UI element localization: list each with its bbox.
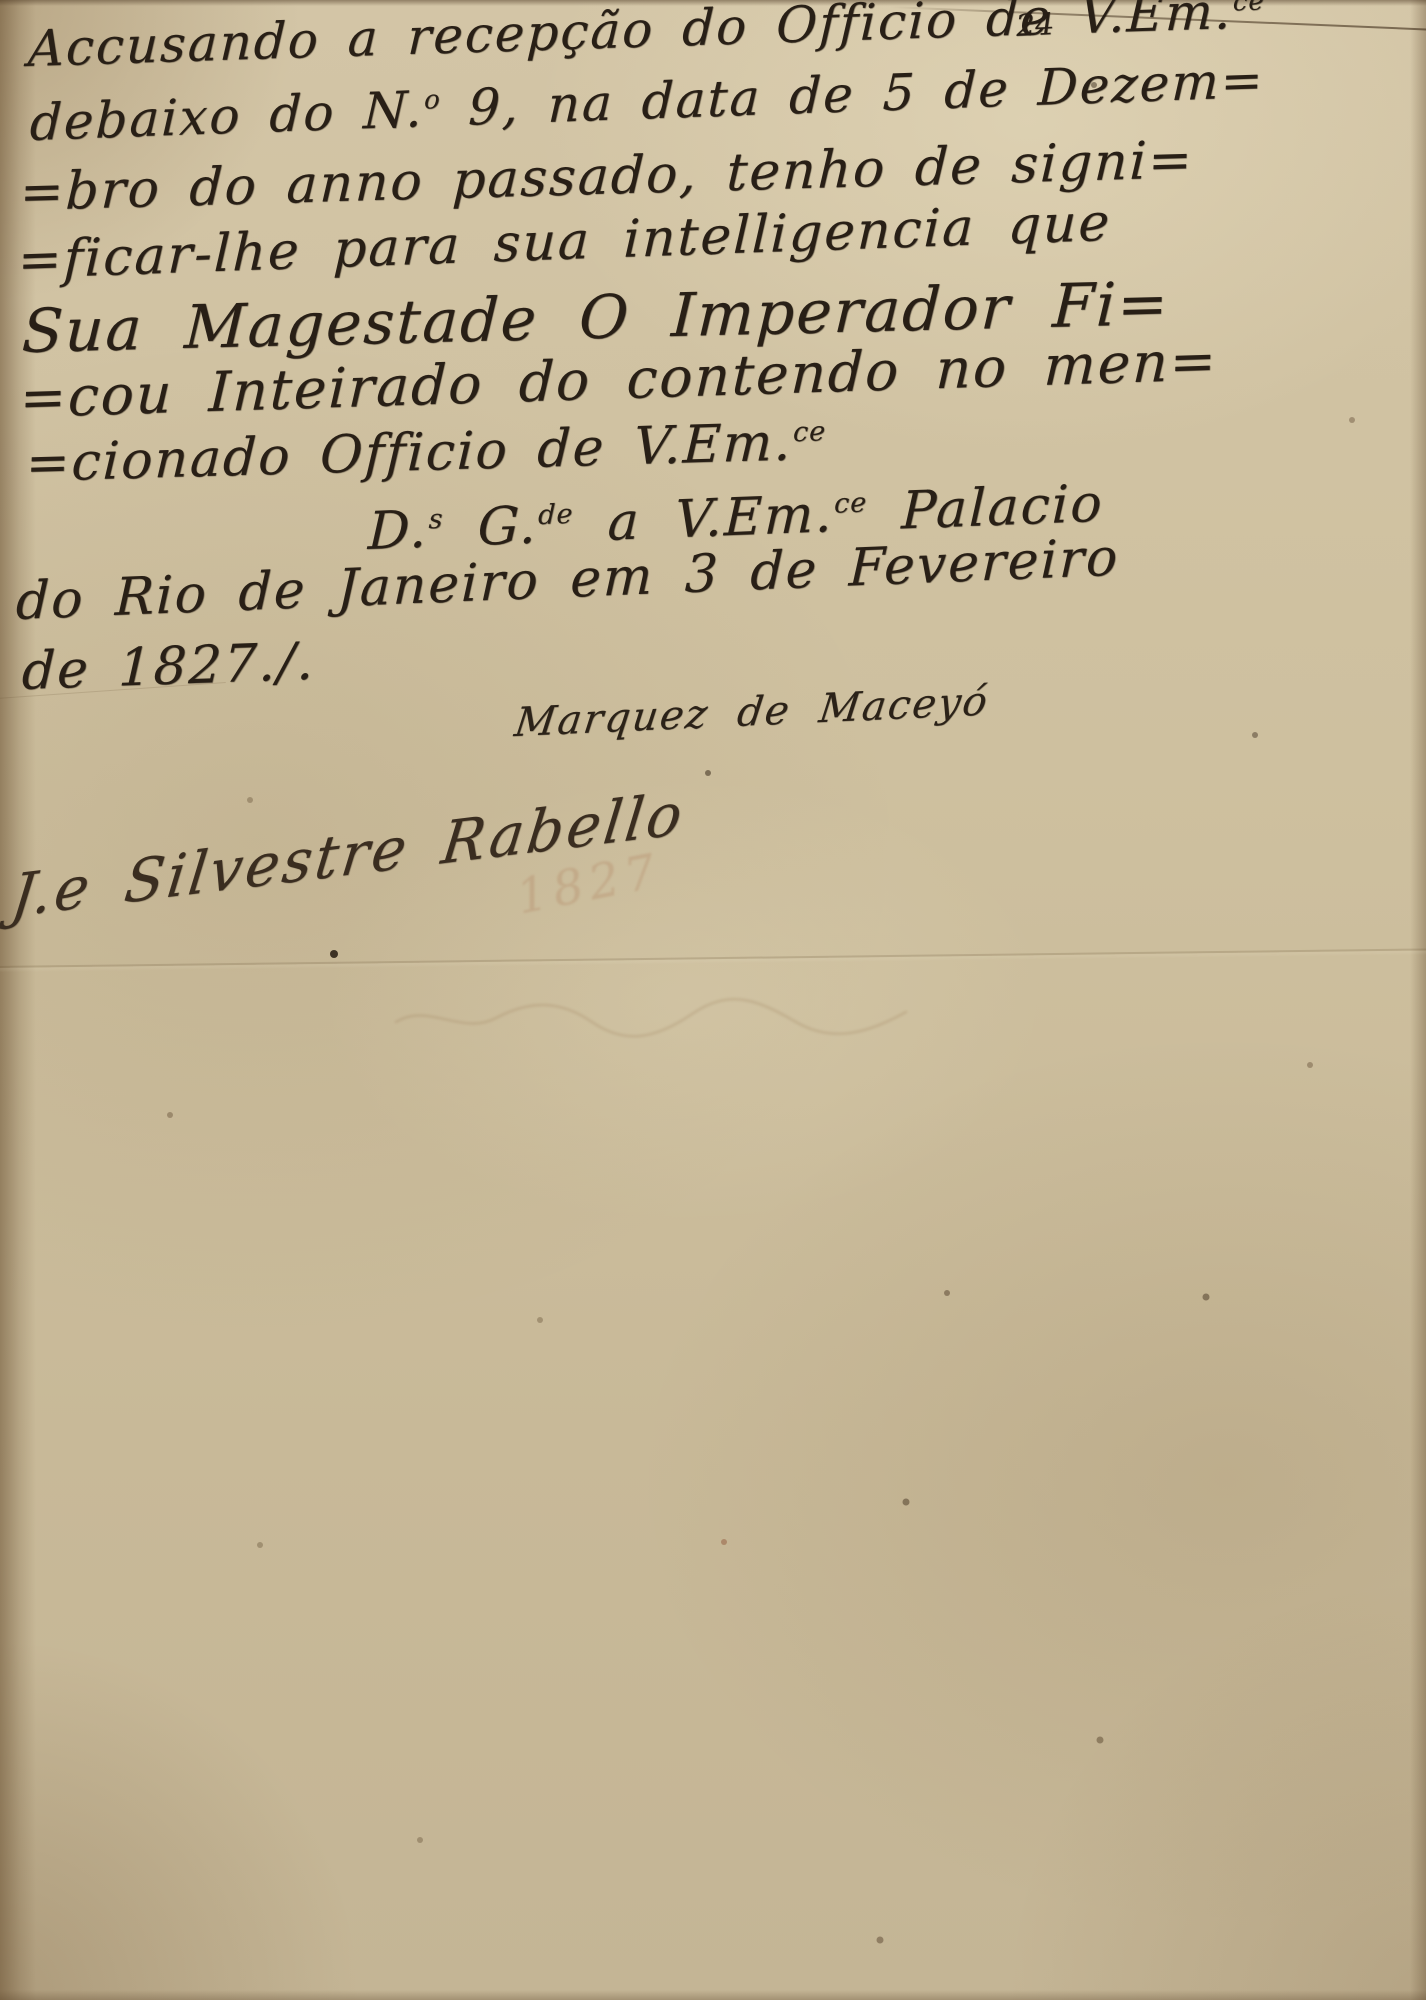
- superscript: ce: [834, 487, 868, 519]
- manuscript-page: 24 Accusando a recepção do Officio de V.…: [0, 0, 1426, 2000]
- paper-specks: [0, 0, 4, 4]
- bleed-through-writing: [392, 988, 912, 1052]
- manuscript-line: de 1827./.: [21, 632, 316, 702]
- signature-marquez-de-maceyo: Marquez de Maceyó: [512, 678, 992, 746]
- line-text: 9, na data de 5 de Dezem=: [439, 51, 1265, 138]
- superscript: ce: [792, 416, 826, 448]
- horizontal-crease: [0, 948, 1426, 968]
- line-text: G.: [442, 495, 539, 559]
- page-bottom-edge: [0, 1990, 1426, 2000]
- line-text: de 1827./.: [21, 632, 316, 702]
- superscript: de: [538, 499, 574, 531]
- page-edge-shadow: [1410, 0, 1426, 2000]
- superscript: o: [424, 85, 442, 116]
- ghost-squiggle: [392, 988, 912, 1048]
- superscript: s: [428, 504, 444, 536]
- line-text: D.: [367, 500, 429, 562]
- superscript: ce: [1232, 0, 1265, 18]
- line-text: debaixo do N.: [29, 80, 425, 152]
